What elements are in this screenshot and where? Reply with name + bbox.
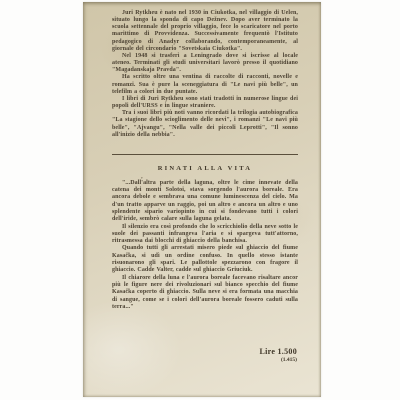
bio-paragraph: Juri Rytkheu è nato nel 1930 in Ciukotka… xyxy=(112,10,298,53)
bio-paragraph: Ha scritto oltre una ventina di raccolte… xyxy=(112,74,298,95)
book-back-cover-page: , Juri Rytkheu è nato nel 1930 in Ciukot… xyxy=(83,2,321,397)
excerpt-section: "...Dall'altra parte della laguna, oltre… xyxy=(112,180,298,311)
author-bio-section: Juri Rytkheu è nato nel 1930 in Ciukotka… xyxy=(112,10,298,139)
excerpt-paragraph: Il chiarore della luna e l'aurora boreal… xyxy=(112,275,298,311)
price-edition-code: (1.415) xyxy=(259,357,297,363)
excerpt-title: RINATI ALLA VITA xyxy=(112,165,298,172)
price-amount: Lire 1.500 xyxy=(259,347,297,356)
bio-paragraph: Tra i suoi libri più noti vanno ricordat… xyxy=(112,110,298,139)
page-content: Juri Rytkheu è nato nel 1930 in Ciukotka… xyxy=(112,10,298,311)
excerpt-paragraph: "...Dall'altra parte della laguna, oltre… xyxy=(112,180,298,224)
bio-paragraph: Nel 1948 si trasferì a Leningrado dove s… xyxy=(112,53,298,74)
excerpt-paragraph: Quando tutti gli arrestati misero piede … xyxy=(112,245,298,274)
bio-paragraph: I libri di Juri Rytkheu sono stati trado… xyxy=(112,96,298,110)
section-divider-rule xyxy=(112,154,298,155)
scan-background: , Juri Rytkheu è nato nel 1930 in Ciukot… xyxy=(0,0,400,400)
price-block: Lire 1.500 (1.415) xyxy=(259,347,297,363)
excerpt-paragraph: Il silenzio era così profondo che lo scr… xyxy=(112,224,298,246)
